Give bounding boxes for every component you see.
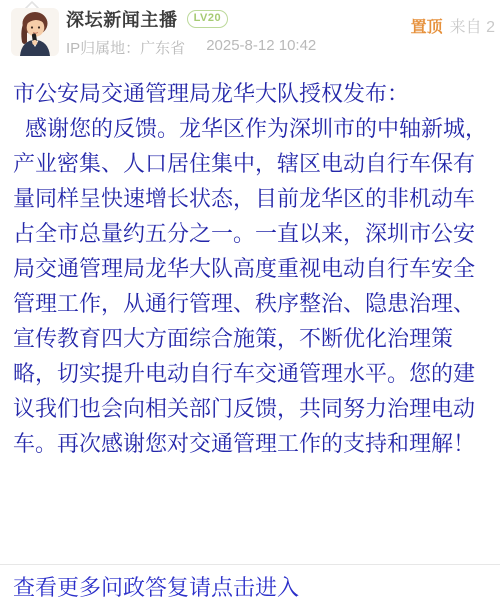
username[interactable]: 深坛新闻主播 <box>66 6 178 32</box>
level-badge: LV20 <box>187 10 228 28</box>
avatar[interactable] <box>11 8 59 56</box>
post-body: 市公安局交通管理局龙华大队授权发布： 感谢您的反馈。龙华区作为深圳市的中轴新城，… <box>13 76 489 461</box>
user-block: 深坛新闻主播 LV20 IP归属地：广东省 2025-8-12 10:42 <box>66 8 316 58</box>
divider <box>0 564 500 565</box>
post-card: 深坛新闻主播 LV20 IP归属地：广东省 2025-8-12 10:42 置顶… <box>0 0 500 614</box>
pinned-badge: 置顶 <box>411 14 443 37</box>
post-paragraph: 感谢您的反馈。龙华区作为深圳市的中轴新城，产业密集、人口居住集中，辖区电动自行车… <box>13 111 489 461</box>
origin-label: 来自 2 <box>450 14 495 37</box>
ip-location: IP归属地：广东省 <box>66 37 185 58</box>
news-anchor-avatar-icon <box>11 8 59 56</box>
user-line: 深坛新闻主播 LV20 <box>66 8 316 30</box>
timestamp: 2025-8-12 10:42 <box>206 37 316 58</box>
meta-line: IP归属地：广东省 2025-8-12 10:42 <box>66 37 316 58</box>
post-title-line: 市公安局交通管理局龙华大队授权发布： <box>13 76 489 111</box>
chevron-up-icon <box>24 0 40 6</box>
post-header: 深坛新闻主播 LV20 IP归属地：广东省 2025-8-12 10:42 置顶… <box>11 8 495 58</box>
more-replies-link[interactable]: 查看更多问政答复请点击进入 <box>13 573 299 603</box>
header-right: 置顶 来自 2 <box>411 14 495 37</box>
